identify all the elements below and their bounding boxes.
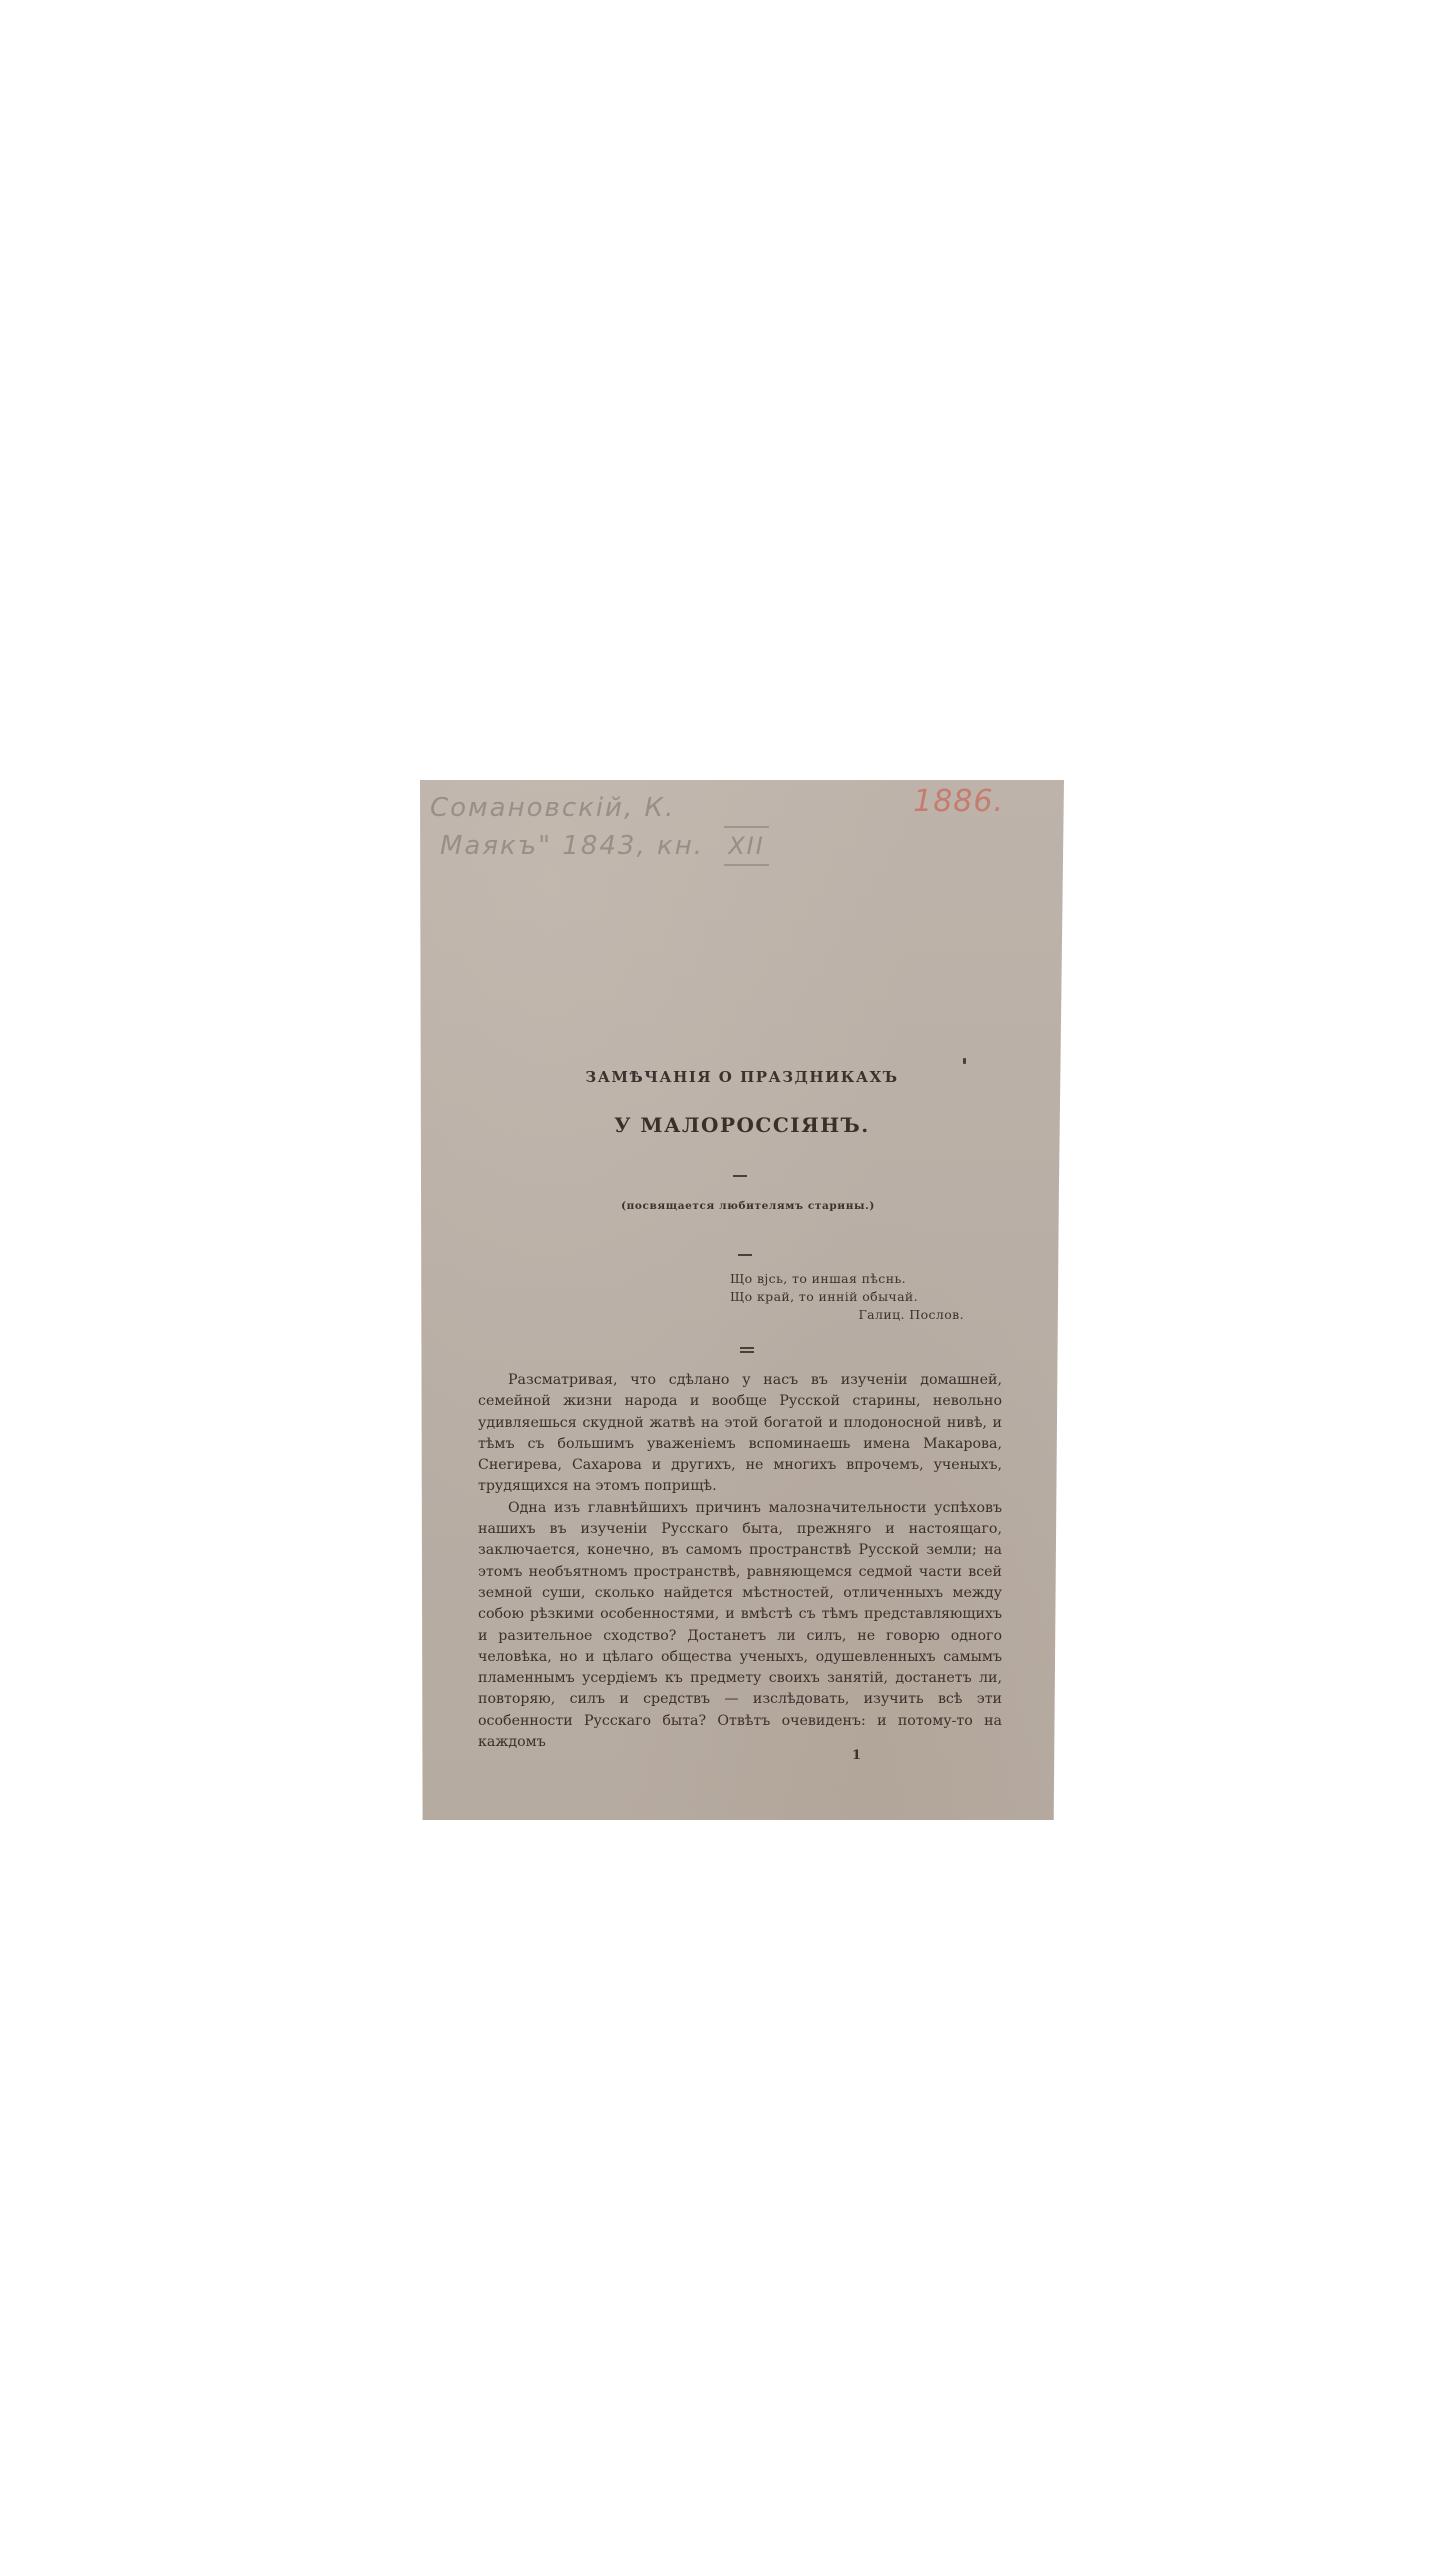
epigraph-source: Галиц. Послов. xyxy=(730,1306,970,1324)
paper-speck xyxy=(963,1058,966,1064)
pencil-annotation-volume: XII xyxy=(724,826,769,866)
epigraph-line: Що край, то инній обычай. xyxy=(730,1288,970,1306)
separator-dash xyxy=(733,1175,747,1177)
separator-dash xyxy=(738,1254,752,1256)
paragraph: Одна изъ главнѣйшихъ причинъ малозначите… xyxy=(478,1498,1002,1754)
scanned-document-page: Сомановскій, К. Маякъ" 1843, кн. XII 188… xyxy=(420,780,1064,1820)
pencil-annotation: Сомановскій, К. Маякъ" 1843, кн. XII xyxy=(430,790,769,866)
red-catalog-number: 1886. xyxy=(913,784,1004,819)
epigraph: Що вјсь, то иншая пѣснь. Що край, то инн… xyxy=(730,1270,970,1324)
pencil-annotation-line2: Маякъ" 1843, кн. XII xyxy=(430,826,769,866)
body-text: Разсматривая, что сдѣлано у насъ въ изуч… xyxy=(478,1370,1002,1753)
paragraph: Разсматривая, что сдѣлано у насъ въ изуч… xyxy=(478,1370,1002,1498)
dedication: (посвящается любителямъ старины.) xyxy=(420,1200,1064,1212)
pencil-annotation-source: Маякъ" 1843, кн. xyxy=(440,831,704,861)
epigraph-line: Що вјсь, то иншая пѣснь. xyxy=(730,1270,970,1288)
document-subtitle: У МАЛОРОССІЯНЪ. xyxy=(420,1113,1064,1137)
document-title: ЗАМѢЧАНІЯ О ПРАЗДНИКАХЪ xyxy=(420,1068,1064,1086)
double-separator xyxy=(740,1347,754,1353)
page-number: 1 xyxy=(852,1748,861,1763)
pencil-annotation-line1: Сомановскій, К. xyxy=(430,790,769,826)
